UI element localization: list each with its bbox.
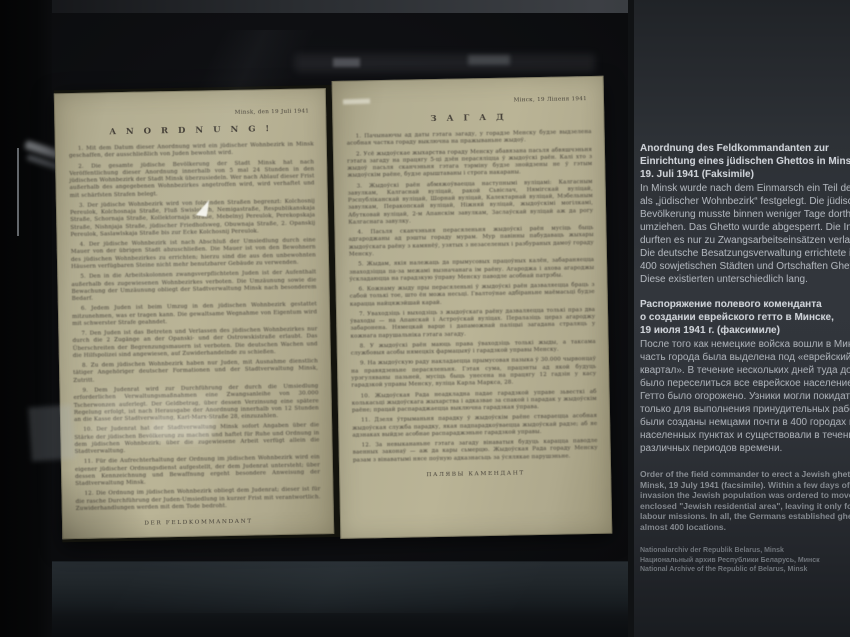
document-paragraph: 11. Дзеля ўтрыманьня парадку ў жыдоўскім…: [352, 413, 597, 439]
document-paragraph: 4. Пасьля сканчэньня перасяленьня жыдоўс…: [348, 225, 594, 259]
caption-body-german: In Minsk wurde nach dem Einmarsch ein Te…: [640, 182, 850, 286]
document-paragraph: 4. Der jüdische Wohnbezirk ist nach Absc…: [71, 238, 317, 272]
document-dateline-belarusian: Мінск, 19 Ліпеня 1941: [346, 96, 587, 107]
caption-heading-line: о создании еврейского гетто в Минске,: [640, 311, 850, 324]
caption-heading-russian: Распоряжение полевого комендантао создан…: [640, 298, 850, 337]
archive-credit-line: Nationalarchiv der Republik Belarus, Min…: [640, 546, 850, 556]
archive-credit-line: National Archive of the Republic of Bela…: [640, 565, 850, 575]
caption-body-russian: После того как немецкие войска вошли в М…: [640, 338, 850, 455]
document-signature-belarusian: ПАЛЯВЫ КАМЕНДАНТ: [353, 469, 598, 480]
caption-heading-line: 19. Juli 1941 (Faksimile): [640, 168, 850, 181]
museum-exhibit-photo: Minsk, den 19 Juli 1941 A N O R D N U N …: [0, 0, 850, 637]
document-paragraph: 6. Jedem Juden ist beim Umzug in den jüd…: [72, 302, 317, 328]
left-wall: [0, 0, 52, 637]
caption-heading-german: Anordnung des Feldkommandanten zurEinric…: [640, 142, 850, 181]
caption-heading-line: Распоряжение полевого коменданта: [640, 298, 850, 311]
document-paragraph: 3. Der jüdische Wohnbezirk wird von folg…: [70, 198, 316, 239]
document-page-german: Minsk, den 19 Juli 1941 A N O R D N U N …: [54, 88, 335, 539]
document-body-german: 1. Mit dem Datum dieser Anordnung wird e…: [69, 141, 321, 513]
document-paragraph: 6. Кожнаму жыду пры перасяленьні ў жыдоў…: [350, 282, 595, 308]
document-paragraph: 7. Den Juden ist das Betreten und Verlas…: [72, 326, 318, 360]
document-paragraph: 7. Уваходзіць і выходзіць з жыдоўскага р…: [350, 307, 596, 341]
paper-corner-shadow: [61, 468, 152, 540]
document-paragraph: 1. Mit dem Datum dieser Anordnung wird e…: [69, 141, 314, 160]
document-title-belarusian: З А Г А Д: [346, 111, 591, 126]
caption-heading-line: Anordnung des Feldkommandanten zur: [640, 142, 850, 155]
document-page-belarusian: Мінск, 19 Ліпеня 1941 З А Г А Д 1. Пачын…: [332, 76, 613, 539]
document-paragraph: 5. Жыдам, якія належаць да прымусовых пр…: [349, 257, 594, 283]
document-title-german: A N O R D N U N G !: [68, 123, 313, 138]
document-paragraph: 10. Der Judenrat hat der Stadtverwaltung…: [74, 423, 320, 457]
document-paragraph: 8. Zu dem jüdischen Wohnbezirk haben nur…: [73, 358, 318, 384]
document-dateline-german: Minsk, den 19 Juli 1941: [68, 108, 309, 119]
caption-text-block: Anordnung des Feldkommandanten zurEinric…: [640, 142, 850, 575]
document-paragraph: 2. Усё жыдоўскае жыхарства гораду Менску…: [347, 147, 593, 181]
document-body-belarusian: 1. Пачынаючы ад даты гэтага загаду, у го…: [347, 129, 598, 465]
archive-credits: Nationalarchiv der Republik Belarus, Min…: [640, 546, 850, 575]
ledge-reflection: [102, 561, 658, 613]
document-paragraph: 3. Жыдоўскі раён абмяжоўваецца наступным…: [348, 179, 594, 227]
caption-heading-line: Einrichtung eines jüdischen Ghettos in M…: [640, 155, 850, 168]
document-paragraph: 9. На жыдоўскую раду накладаецца прымусо…: [351, 356, 597, 390]
caption-panel: Anordnung des Feldkommandanten zurEinric…: [628, 0, 850, 637]
wall-divider-line: [17, 148, 19, 236]
document-paragraph: 12. За невыкананьне гэтага загаду вінава…: [353, 438, 598, 464]
document-paragraph: 8. У жыдоўскі раён маюць права ўваходзіц…: [351, 339, 596, 358]
historical-document: Minsk, den 19 Juli 1941 A N O R D N U N …: [54, 80, 613, 542]
document-paragraph: 2. Die gesamte jüdische Bevölkerung der …: [69, 159, 315, 200]
document-paragraph: 1. Пачынаючы ад даты гэтага загаду, у го…: [347, 129, 592, 148]
archive-credit-line: Национальный архив Республики Беларусь, …: [640, 556, 850, 566]
caption-heading-line: 19 июля 1941 г. (факсимиле): [640, 324, 850, 337]
document-paragraph: 10. Жыдоўская Рада неадкладна падае гара…: [352, 388, 597, 414]
document-paragraph: 5. Den in die Arbeitskolonnen zwangsverp…: [71, 270, 317, 304]
document-paragraph: 9. Dem Judenrat wird zur Durchführung de…: [73, 383, 319, 424]
caption-body-english: Order of the field commander to erect a …: [640, 469, 850, 532]
